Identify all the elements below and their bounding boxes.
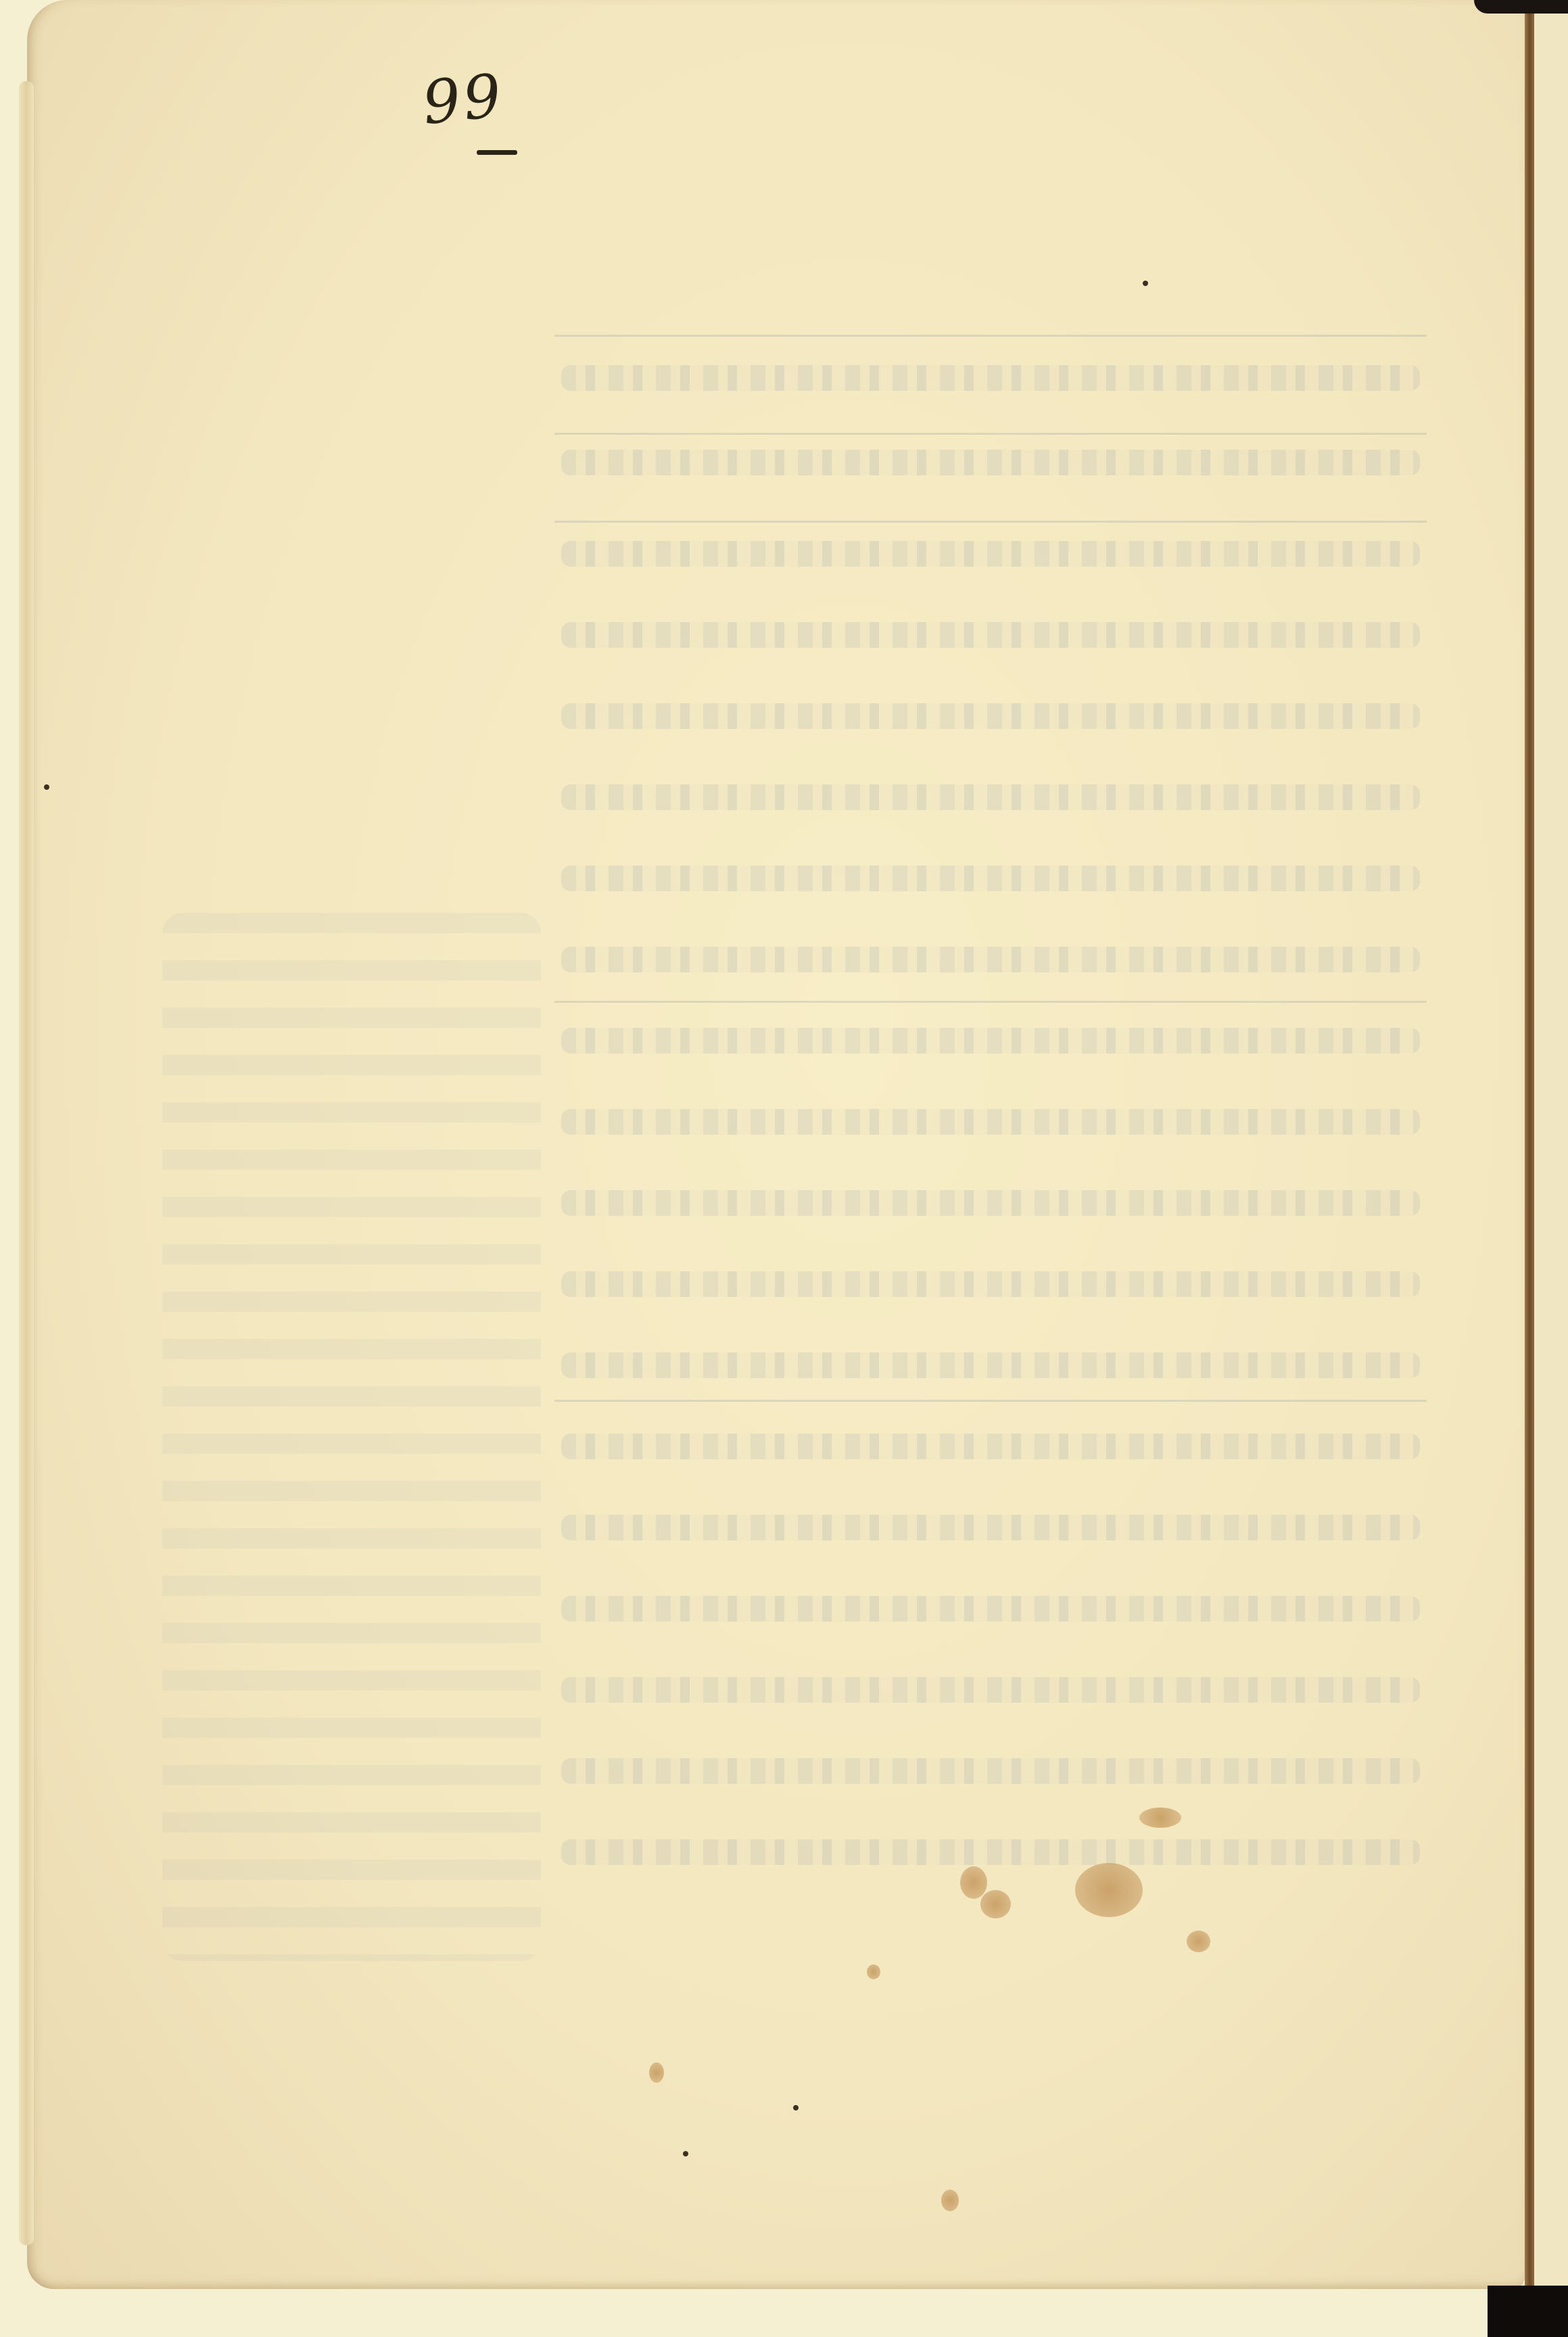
ruled-line xyxy=(554,1400,1427,1402)
ruled-line xyxy=(554,1001,1427,1003)
faint-text-line xyxy=(561,1352,1420,1378)
ruled-line xyxy=(554,521,1427,523)
speck xyxy=(44,784,49,790)
faint-text-line xyxy=(561,703,1420,729)
show-through-text-block xyxy=(554,325,1433,1880)
folio-number: 99 xyxy=(419,60,507,138)
faint-text-line xyxy=(561,1677,1420,1703)
speck xyxy=(793,2105,799,2110)
faint-text-line xyxy=(561,1515,1420,1540)
stain xyxy=(649,2062,664,2083)
facing-page-edge xyxy=(1534,14,1568,2286)
faint-text-line xyxy=(561,1028,1420,1054)
faint-text-line xyxy=(561,1758,1420,1784)
show-through-margin-note xyxy=(162,913,541,1961)
faint-text-line xyxy=(561,1596,1420,1622)
speck xyxy=(683,2151,688,2156)
faint-text-line xyxy=(561,1271,1420,1297)
faint-text-line xyxy=(561,1839,1420,1865)
cover-shadow-top xyxy=(1474,0,1568,14)
folio-underline xyxy=(477,150,517,155)
stain xyxy=(867,1964,880,1979)
faint-text-line xyxy=(561,866,1420,891)
page-left-edge xyxy=(19,81,34,2245)
faint-text-line xyxy=(561,947,1420,972)
stain xyxy=(1075,1863,1143,1917)
stain xyxy=(980,1890,1011,1918)
ruled-line xyxy=(554,433,1427,435)
faint-text-line xyxy=(561,1190,1420,1216)
stain xyxy=(941,2190,959,2211)
speck xyxy=(1143,281,1148,286)
faint-text-line xyxy=(561,784,1420,810)
faint-text-line xyxy=(561,1434,1420,1459)
faint-text-line xyxy=(561,365,1420,391)
stain xyxy=(1139,1808,1181,1828)
faint-text-line xyxy=(561,541,1420,567)
cover-bottom xyxy=(1488,2286,1568,2337)
ruled-line xyxy=(554,335,1427,337)
faint-text-line xyxy=(561,1109,1420,1135)
faint-text-line xyxy=(561,450,1420,475)
faint-text-line xyxy=(561,622,1420,648)
stain xyxy=(1187,1931,1210,1952)
binding-gutter xyxy=(1525,0,1534,2337)
stain xyxy=(960,1866,987,1899)
